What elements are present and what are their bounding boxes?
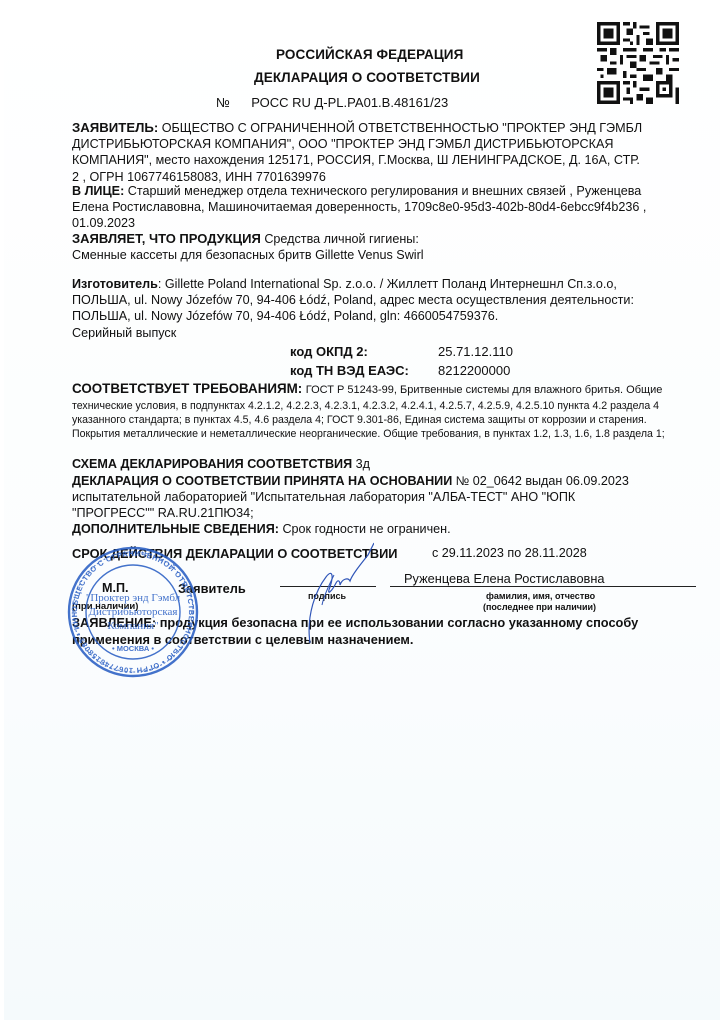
represented-by-line-1: Старший менеджер отдела технического рег… bbox=[128, 184, 642, 198]
requirements-line-2: технические условия, в подпунктах 4.2.1.… bbox=[72, 399, 712, 413]
applicant-line-3: КОМПАНИЯ", место нахождения 125171, РОСС… bbox=[72, 152, 712, 168]
applicant-line-2: ДИСТРИБЬЮТОРСКАЯ КОМПАНИЯ", ООО "ПРОКТЕР… bbox=[72, 136, 712, 152]
company-seal-icon: ОБЩЕСТВО С ОГРАНИЧЕННОЙ ОТВЕТСТВЕННОСТЬЮ… bbox=[66, 545, 200, 679]
scheme-basis-section: СХЕМА ДЕКЛАРИРОВАНИЯ СООТВЕТСТВИЯ 3д ДЕК… bbox=[72, 456, 712, 538]
number-value: РОСС RU Д-PL.РА01.В.48161/23 bbox=[251, 95, 448, 110]
product-label: ЗАЯВЛЯЕТ, ЧТО ПРОДУКЦИЯ bbox=[72, 231, 261, 246]
svg-text:• МОСКВА •: • МОСКВА • bbox=[112, 644, 154, 653]
represented-by-section: В ЛИЦЕ: Старший менеджер отдела техничес… bbox=[72, 183, 712, 232]
represented-by-line-3: 01.09.2023 bbox=[72, 215, 712, 231]
requirements-section: СООТВЕТСТВУЕТ ТРЕБОВАНИЯМ: ГОСТ Р 51243-… bbox=[72, 380, 712, 442]
declaration-page: РОССИЙСКАЯ ФЕДЕРАЦИЯ ДЕКЛАРАЦИЯ О СООТВЕ… bbox=[4, 0, 720, 1020]
basis-label: ДЕКЛАРАЦИЯ О СООТВЕТСТВИИ ПРИНЯТА НА ОСН… bbox=[72, 474, 452, 488]
declaration-number: № РОСС RU Д-PL.РА01.В.48161/23 bbox=[216, 95, 448, 110]
requirements-line-3: указанного стандарта; в пунктах 4.5, 4.6… bbox=[72, 413, 712, 427]
represented-by-line-2: Елена Ростиславовна, Машиночитаемая дове… bbox=[72, 199, 712, 215]
manufacturer-line-1: : Gillette Poland International Sp. z.o.… bbox=[158, 277, 617, 291]
validity-value: с 29.11.2023 по 28.11.2028 bbox=[432, 546, 587, 560]
qr-code-icon bbox=[597, 22, 679, 104]
basis-value: № 02_0642 выдан 06.09.2023 bbox=[456, 474, 629, 488]
okpd-label: код ОКПД 2: bbox=[290, 344, 368, 359]
okpd-value: 25.71.12.110 bbox=[438, 344, 513, 359]
tnved-label: код ТН ВЭД ЕАЭС: bbox=[290, 363, 409, 378]
scheme-label: СХЕМА ДЕКЛАРИРОВАНИЯ СООТВЕТСТВИЯ bbox=[72, 457, 352, 471]
document-title: ДЕКЛАРАЦИЯ О СООТВЕТСТВИИ bbox=[254, 70, 480, 85]
manufacturer-line-3: ПОЛЬША, ul. Nowy Józefów 70, 94-406 Łódź… bbox=[72, 308, 712, 324]
handwritten-signature-icon bbox=[304, 535, 374, 645]
applicant-line-1: ОБЩЕСТВО С ОГРАНИЧЕННОЙ ОТВЕТСТВЕННОСТЬЮ… bbox=[162, 121, 642, 135]
manufacturer-section: Изготовитель: Gillette Poland Internatio… bbox=[72, 276, 712, 341]
signer-name-line bbox=[390, 586, 696, 587]
requirements-line-1: ГОСТ Р 51243-99, Бритвенные системы для … bbox=[306, 384, 663, 396]
product-line-1: Средства личной гигиены: bbox=[264, 232, 419, 246]
additional-label: ДОПОЛНИТЕЛЬНЫЕ СВЕДЕНИЯ: bbox=[72, 522, 279, 536]
requirements-line-4: Покрытия металлические и неметаллические… bbox=[72, 427, 712, 441]
manufacturer-line-4: Серийный выпуск bbox=[72, 325, 712, 341]
applicant-section: ЗАЯВИТЕЛЬ: ОБЩЕСТВО С ОГРАНИЧЕННОЙ ОТВЕТ… bbox=[72, 120, 712, 185]
represented-by-label: В ЛИЦЕ: bbox=[72, 184, 124, 198]
manufacturer-label: Изготовитель bbox=[72, 277, 158, 291]
svg-text:"Проктер энд Гэмбл: "Проктер энд Гэмбл bbox=[86, 592, 181, 604]
applicant-label: ЗАЯВИТЕЛЬ: bbox=[72, 120, 158, 135]
country-heading: РОССИЙСКАЯ ФЕДЕРАЦИЯ bbox=[276, 47, 463, 62]
name-caption-1: фамилия, имя, отчество bbox=[486, 591, 595, 601]
tnved-value: 8212200000 bbox=[438, 363, 510, 378]
scheme-value: 3д bbox=[356, 457, 370, 471]
statement-line-1: продукция безопасна при ее использовании… bbox=[160, 615, 639, 630]
manufacturer-line-2: ПОЛЬША, ul. Nowy Józefów 70, 94-406 Łódź… bbox=[72, 292, 712, 308]
basis-line-3: "ПРОГРЕСС"" RA.RU.21ПЮ34; bbox=[72, 505, 712, 521]
product-line-2: Сменные кассеты для безопасных бритв Gil… bbox=[72, 247, 712, 263]
product-section: ЗАЯВЛЯЕТ, ЧТО ПРОДУКЦИЯ Средства личной … bbox=[72, 231, 712, 263]
svg-text:Компания": Компания" bbox=[107, 620, 158, 632]
requirements-label: СООТВЕТСТВУЕТ ТРЕБОВАНИЯМ: bbox=[72, 381, 302, 396]
signer-name: Руженцева Елена Ростиславовна bbox=[404, 571, 605, 586]
svg-text:Дистрибьюторская: Дистрибьюторская bbox=[89, 606, 178, 618]
name-caption-2: (последнее при наличии) bbox=[483, 602, 596, 612]
number-sign: № bbox=[216, 95, 230, 110]
basis-line-2: испытательной лабораторией "Испытательна… bbox=[72, 489, 712, 505]
